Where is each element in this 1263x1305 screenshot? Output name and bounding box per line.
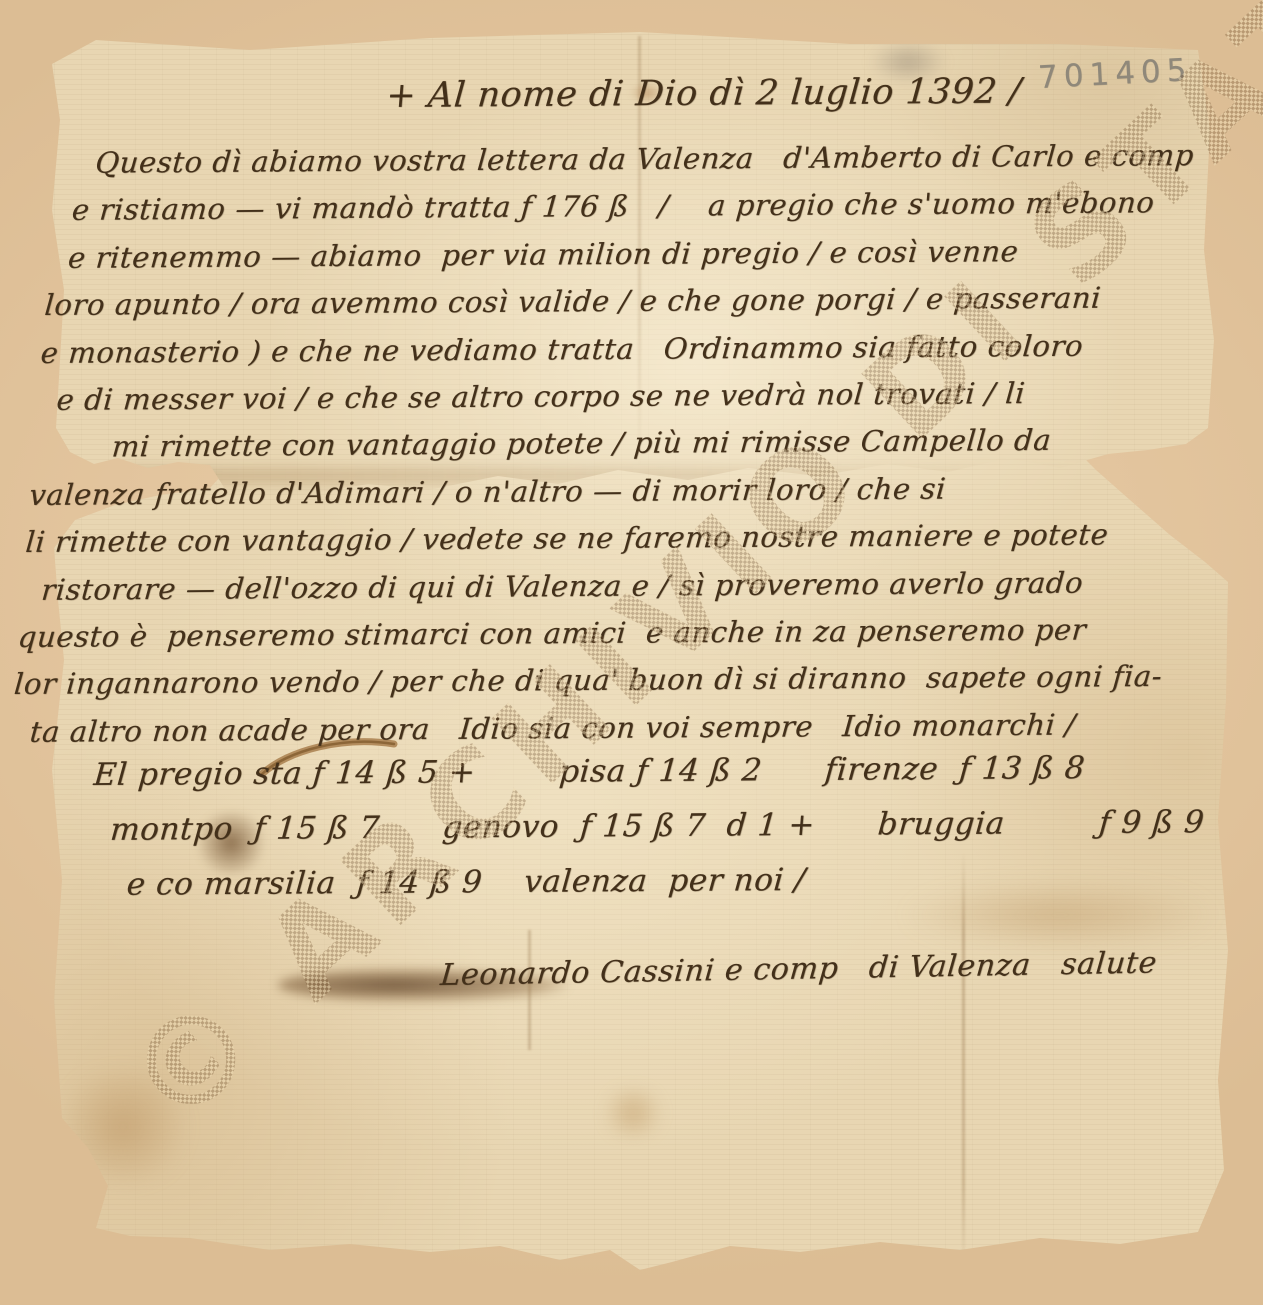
- exchange-rate-line: e co marsilia ƒ 14 ß 9 valenza per noi /: [83, 850, 1228, 913]
- damp-stain-center: [598, 1088, 668, 1138]
- manuscript-line: valenza fratello d'Adimari / o n'altro —…: [27, 464, 1212, 520]
- exchange-rates: El pregio sta ƒ 14 ß 5 + pisa ƒ 14 ß 2 f…: [83, 740, 1237, 913]
- manuscript-scan: + Al nome di Dio dì 2 luglio 1392 / Ques…: [0, 0, 1263, 1305]
- manuscript-line: li rimette con vantaggio / vedete se ne …: [24, 511, 1209, 567]
- vertical-crease-right: [962, 852, 965, 1267]
- manuscript-line: mi rimette con vantaggio potete / più mi…: [31, 416, 1216, 472]
- exchange-rate-line: montpo ƒ 15 ß 7 genovo ƒ 15 ß 7 d 1 + br…: [87, 795, 1232, 858]
- letter-heading: + Al nome di Dio dì 2 luglio 1392 /: [385, 72, 1023, 116]
- exchange-rate-line: El pregio sta ƒ 14 ß 5 + pisa ƒ 14 ß 2 f…: [92, 740, 1237, 803]
- manuscript-line: e di messer voi / e che se altro corpo s…: [35, 369, 1220, 425]
